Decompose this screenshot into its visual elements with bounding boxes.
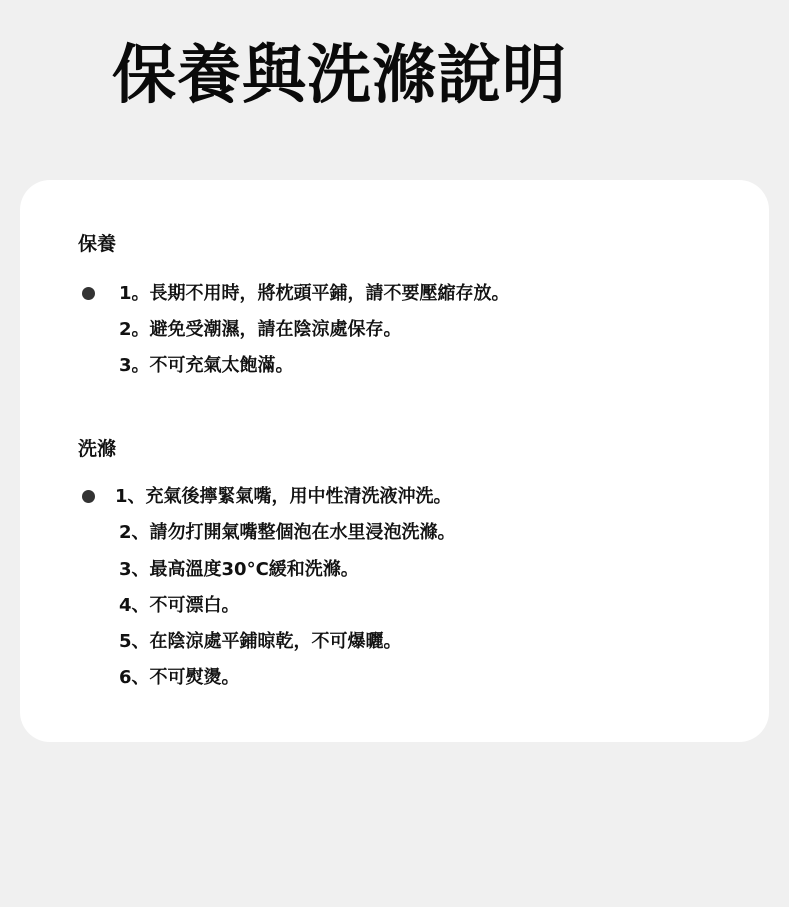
washing-item-1: 1、充氣後擰緊氣嘴，用中性清洗液沖洗。	[115, 485, 452, 509]
section-title-washing: 洗滌	[78, 437, 116, 461]
washing-item-4: 4、不可漂白。	[119, 594, 240, 618]
washing-item-3: 3、最高溫度30°C緩和洗滌。	[119, 558, 359, 582]
care-item-3: 3。不可充氣太飽滿。	[119, 354, 294, 378]
care-item-1: 1。長期不用時，將枕頭平鋪，請不要壓縮存放。	[119, 282, 510, 306]
section-title-care: 保養	[78, 232, 116, 256]
washing-item-5: 5、在陰涼處平鋪晾乾，不可爆曬。	[119, 630, 402, 654]
washing-item-2: 2、請勿打開氣嘴整個泡在水里浸泡洗滌。	[119, 521, 456, 545]
bullet-icon	[82, 287, 95, 300]
care-instructions-card: 保養 1。長期不用時，將枕頭平鋪，請不要壓縮存放。 2。避免受潮濕，請在陰涼處保…	[20, 180, 769, 742]
page-title: 保養與洗滌說明	[112, 34, 567, 118]
care-item-2: 2。避免受潮濕，請在陰涼處保存。	[119, 318, 402, 342]
bullet-icon	[82, 490, 95, 503]
washing-item-6: 6、不可熨燙。	[119, 666, 240, 690]
